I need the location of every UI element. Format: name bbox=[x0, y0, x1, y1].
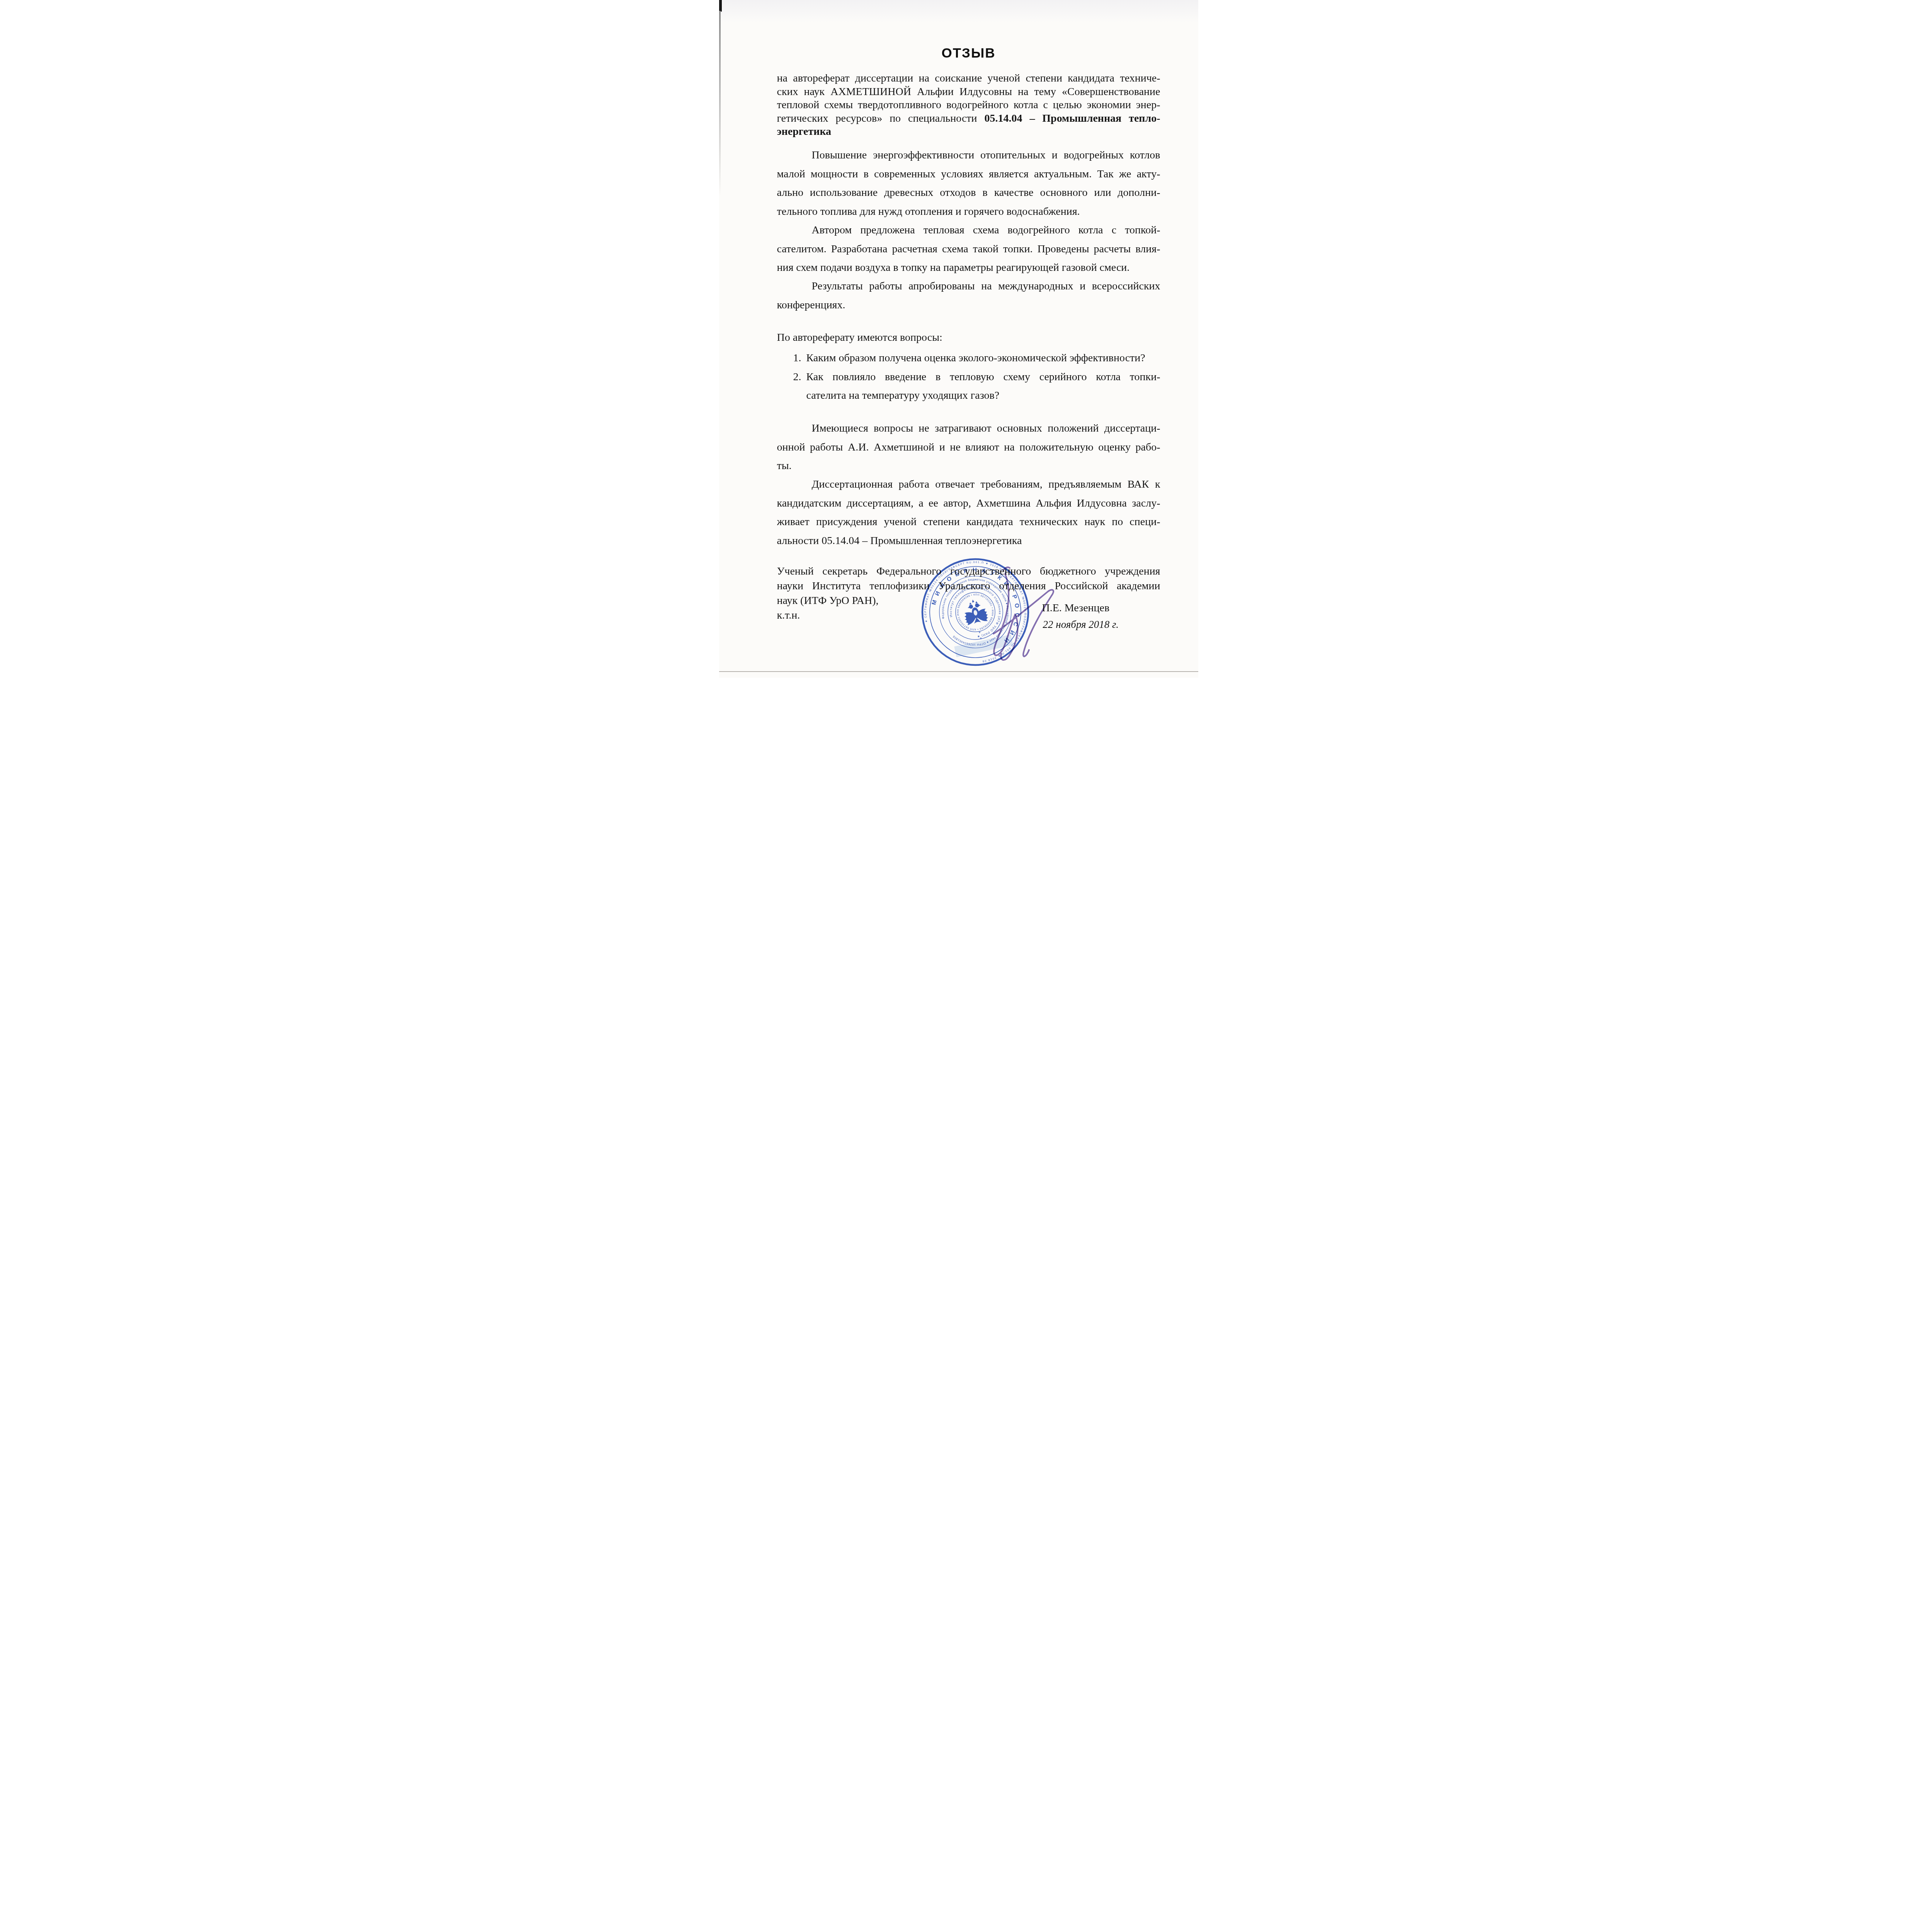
signature-stroke bbox=[1001, 614, 1017, 660]
text-line: ты. bbox=[777, 457, 1160, 476]
list-item: 1. Каким образом получена оценка эколого… bbox=[777, 349, 1160, 368]
text-line: По автореферату имеются вопросы: bbox=[777, 331, 1160, 344]
text-line: альности 05.14.04 – Промышленная теплоэн… bbox=[777, 532, 1160, 551]
signature-stroke bbox=[994, 574, 1015, 655]
signature-stroke bbox=[993, 590, 1053, 656]
text-line: ально использование древесных отходов в … bbox=[777, 184, 1160, 202]
text-line: малой мощности в современных условиях яв… bbox=[777, 165, 1160, 184]
question-text: Каким образом получена оценка эколого-эк… bbox=[806, 352, 1145, 364]
specialty-code: 05.14.04 – Промышленная тепло- bbox=[984, 112, 1160, 124]
text-line: сателитом. Разработана расчетная схема т… bbox=[777, 240, 1160, 259]
text-line: ния схем подачи воздуха в топку на парам… bbox=[777, 259, 1160, 277]
page-title: ОТЗЫВ bbox=[777, 46, 1160, 61]
question-continuation: сателита на температуру уходящих газов? bbox=[777, 386, 1160, 405]
scan-corner-artifact bbox=[719, 0, 722, 12]
text-line: гетических ресурсов» по специальности 05… bbox=[777, 112, 1160, 126]
intro-paragraph: на автореферат диссертации на соискание … bbox=[777, 72, 1160, 139]
list-number: 2. bbox=[793, 368, 801, 387]
text-line: тепловой схемы твердотопливного водогрей… bbox=[777, 99, 1160, 112]
paragraph-relevance: Повышение энергоэффективности отопительн… bbox=[777, 146, 1160, 221]
paragraph-author-work: Автором предложена тепловая схема водогр… bbox=[777, 221, 1160, 277]
paragraph-conclusion: Диссертационная работа отвечает требован… bbox=[777, 475, 1160, 550]
scan-line-artifact bbox=[719, 671, 1198, 672]
scan-edge-artifact bbox=[719, 11, 721, 196]
text-line: живает присуждения ученой степени кандид… bbox=[777, 513, 1160, 532]
questions-list: 1. Каким образом получена оценка эколого… bbox=[777, 349, 1160, 405]
text-line: Автором предложена тепловая схема водогр… bbox=[777, 221, 1160, 240]
signature-svg bbox=[936, 553, 1075, 678]
text-line: ских наук АХМЕТШИНОЙ Альфии Илдусовны на… bbox=[777, 85, 1160, 99]
document-page: ОТЗЫВ на автореферат диссертации на соис… bbox=[719, 0, 1198, 678]
text-line: Диссертационная работа отвечает требован… bbox=[777, 475, 1160, 494]
list-item: 2. Как повлияло введение в тепловую схем… bbox=[777, 368, 1160, 387]
text-line: Имеющиеся вопросы не затрагивают основны… bbox=[777, 419, 1160, 438]
text-line: тельного топлива для нужд отопления и го… bbox=[777, 202, 1160, 221]
text-line: онной работы А.И. Ахметшиной и не влияют… bbox=[777, 438, 1160, 457]
signature-stroke bbox=[1004, 567, 1010, 570]
text-segment: гетических ресурсов» по специальности bbox=[777, 112, 985, 124]
list-number: 1. bbox=[793, 349, 801, 368]
text-line: энергетика bbox=[777, 125, 1160, 139]
text-line: Повышение энергоэффективности отопительн… bbox=[777, 146, 1160, 165]
questions-header: По автореферату имеются вопросы: bbox=[777, 331, 1160, 344]
text-line: кандидатским диссертациям, а ее автор, А… bbox=[777, 494, 1160, 513]
text-line: конференциях. bbox=[777, 296, 1160, 315]
text-line: на автореферат диссертации на соискание … bbox=[777, 72, 1160, 85]
handwritten-signature bbox=[936, 553, 1075, 678]
paragraph-questions-note: Имеющиеся вопросы не затрагивают основны… bbox=[777, 419, 1160, 476]
question-text: Как повлияло введение в тепловую схему с… bbox=[806, 371, 1160, 383]
paragraph-approbation: Результаты работы апробированы на междун… bbox=[777, 277, 1160, 315]
text-line: Результаты работы апробированы на междун… bbox=[777, 277, 1160, 296]
